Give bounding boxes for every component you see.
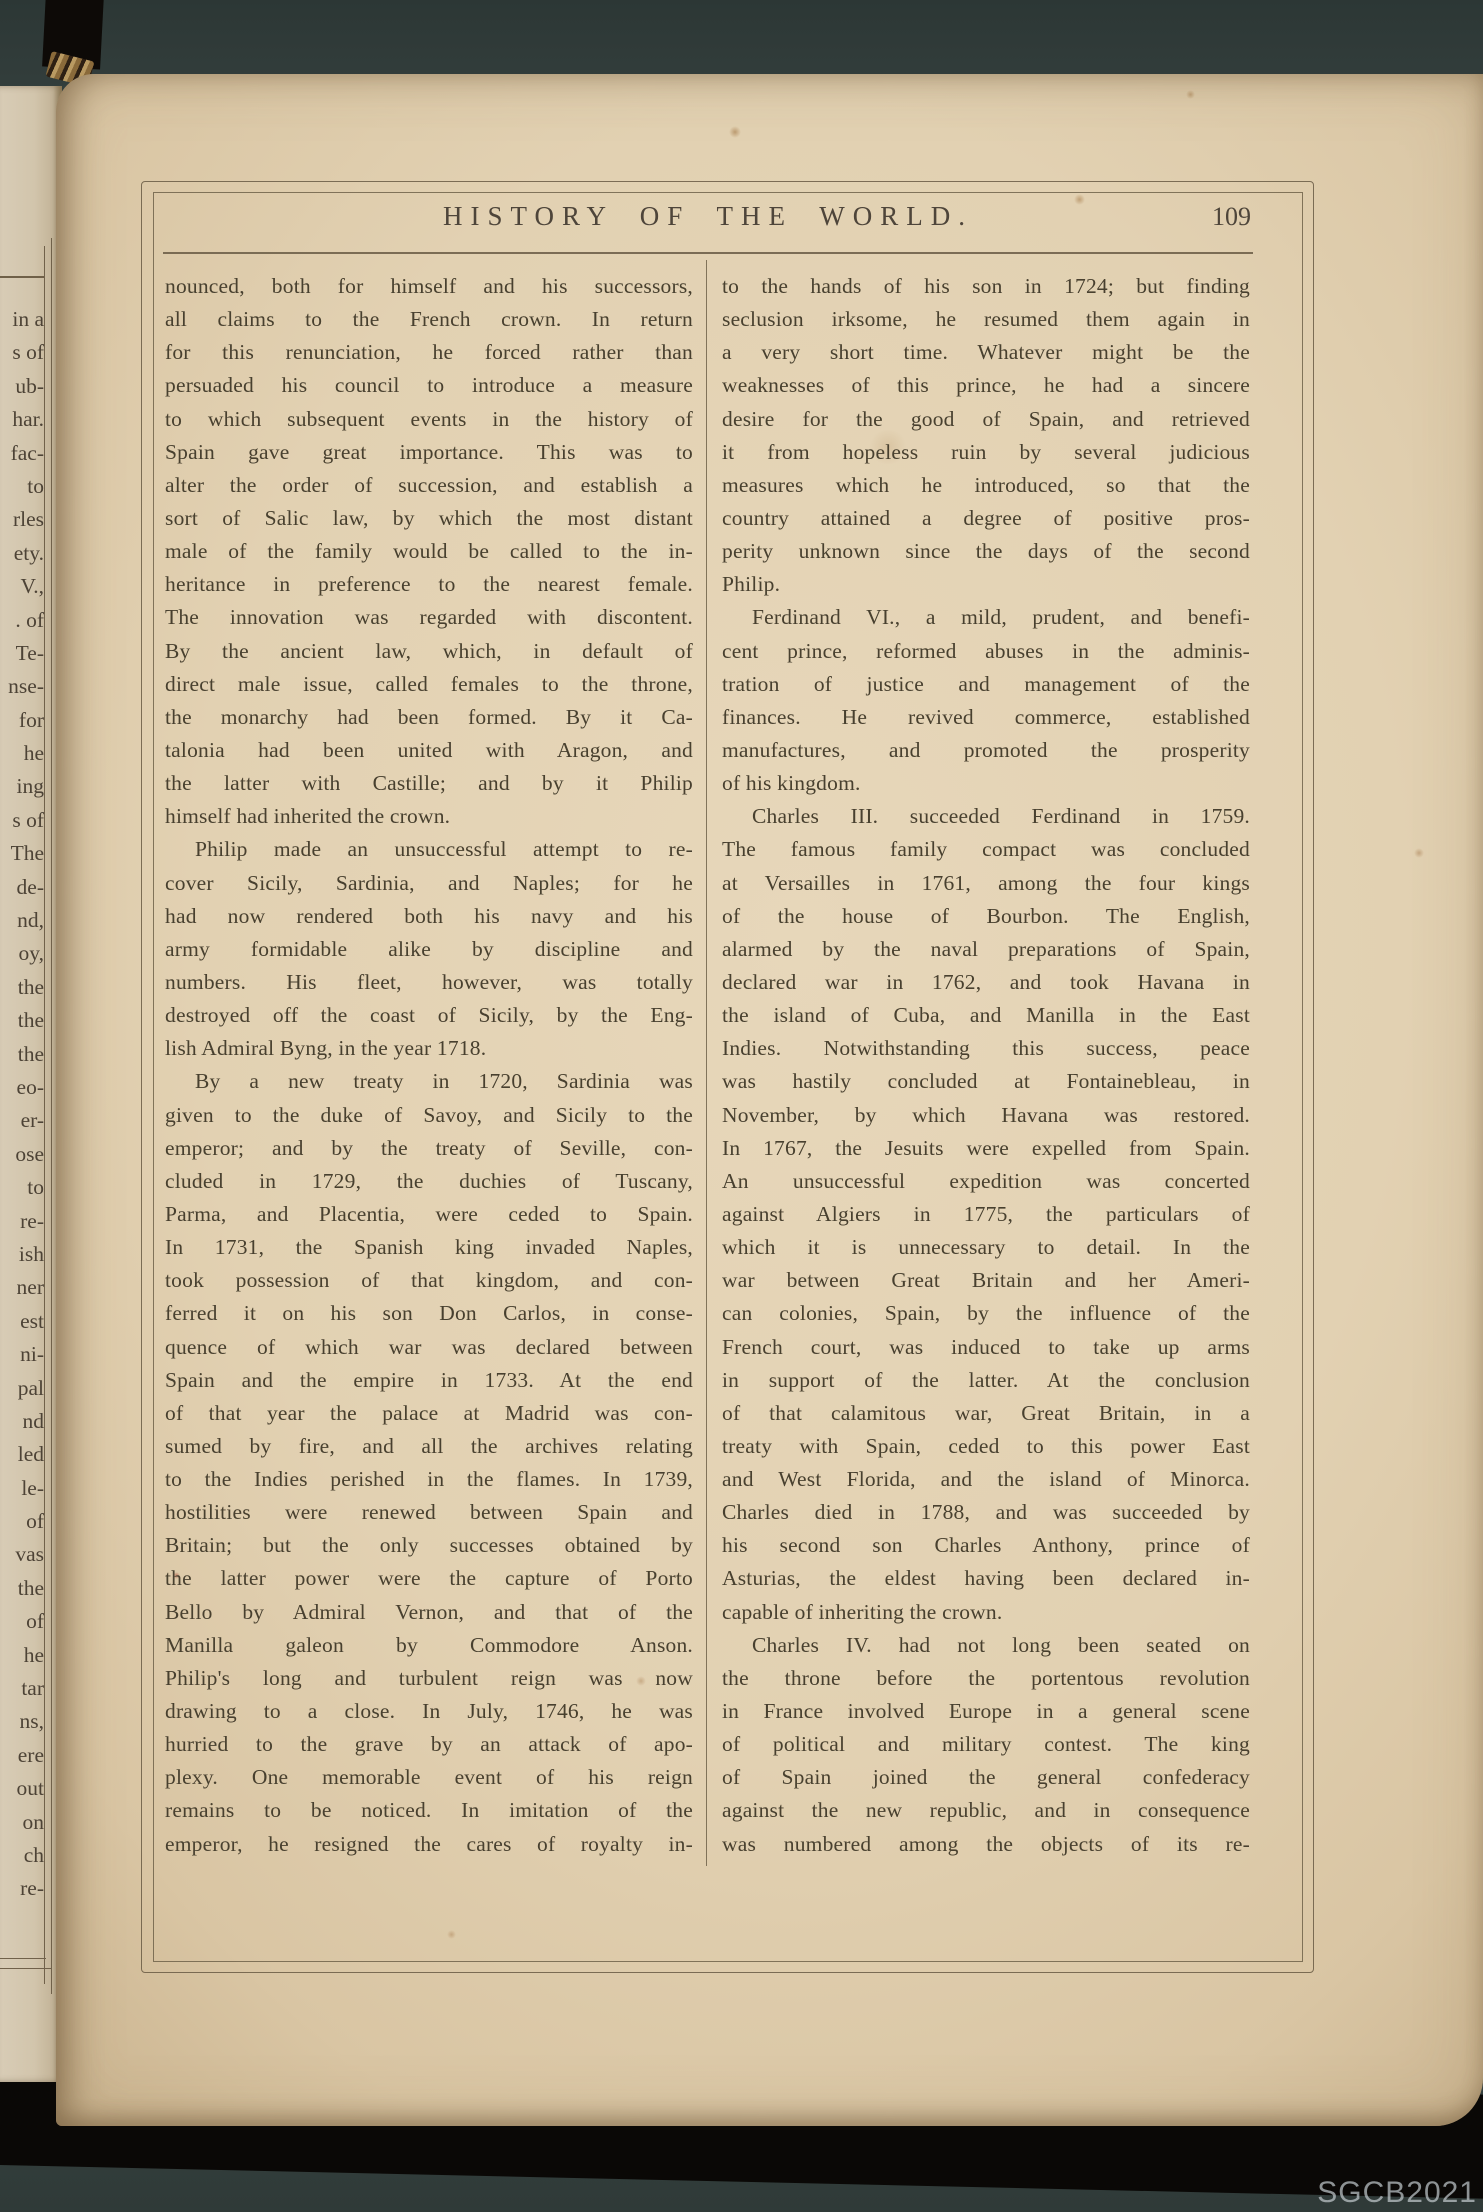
text-line: quence of which war was declared between	[165, 1331, 693, 1364]
text-line: to which subsequent events in the histor…	[165, 403, 693, 436]
text-line: war between Great Britain and her Ameri-	[722, 1264, 1250, 1297]
text-line: The innovation was regarded with discont…	[165, 601, 693, 634]
text-line: Spain gave great importance. This was to	[165, 436, 693, 469]
text-line: of political and military contest. The k…	[722, 1728, 1250, 1761]
text-line: the island of Cuba, and Manilla in the E…	[722, 999, 1250, 1032]
text-line: By a new treaty in 1720, Sardinia was	[165, 1065, 693, 1098]
text-line: Charles died in 1788, and was succeeded …	[722, 1496, 1250, 1529]
header-rule	[163, 252, 1253, 254]
text-line: it from hopeless ruin by several judicio…	[722, 436, 1250, 469]
text-line: treaty with Spain, ceded to this power E…	[722, 1430, 1250, 1463]
text-line: tration of justice and management of the	[722, 668, 1250, 701]
text-line: emperor, he resigned the cares of royalt…	[165, 1828, 693, 1861]
foxing-spot	[1414, 848, 1424, 858]
left-column: nounced, both for himself and his succes…	[165, 270, 693, 1861]
text-line: November, by which Havana was restored.	[722, 1099, 1250, 1132]
text-line: Charles III. succeeded Ferdinand in 1759…	[722, 800, 1250, 833]
column-divider	[706, 260, 707, 1866]
text-line: Ferdinand VI., a mild, prudent, and bene…	[722, 601, 1250, 634]
text-line: the throne before the portentous revolut…	[722, 1662, 1250, 1695]
text-line: the latter with Castille; and by it Phil…	[165, 767, 693, 800]
text-line: persuaded his council to introduce a mea…	[165, 369, 693, 402]
text-line: cluded in 1729, the duchies of Tuscany,	[165, 1165, 693, 1198]
text-line: took possession of that kingdom, and con…	[165, 1264, 693, 1297]
text-line: Charles IV. had not long been seated on	[722, 1629, 1250, 1662]
text-line: the monarchy had been formed. By it Ca-	[165, 701, 693, 734]
text-line: in France involved Europe in a general s…	[722, 1695, 1250, 1728]
text-line: heritance in preference to the nearest f…	[165, 568, 693, 601]
text-line: which it is unnecessary to detail. In th…	[722, 1231, 1250, 1264]
text-line: By the ancient law, which, in default of	[165, 635, 693, 668]
text-line: at Versailles in 1761, among the four ki…	[722, 867, 1250, 900]
text-line: against the new republic, and in consequ…	[722, 1794, 1250, 1827]
text-line: ferred it on his son Don Carlos, in cons…	[165, 1297, 693, 1330]
text-line: was hastily concluded at Fontainebleau, …	[722, 1065, 1250, 1098]
text-line: was numbered among the objects of its re…	[722, 1828, 1250, 1861]
text-line: hurried to the grave by an attack of apo…	[165, 1728, 693, 1761]
text-line: capable of inheriting the crown.	[722, 1596, 1250, 1629]
text-line: cent prince, reformed abuses in the admi…	[722, 635, 1250, 668]
page-number: 109	[1212, 202, 1251, 232]
text-line: Parma, and Placentia, were ceded to Spai…	[165, 1198, 693, 1231]
text-line: the latter power were the capture of Por…	[165, 1562, 693, 1595]
text-line: plexy. One memorable event of his reign	[165, 1761, 693, 1794]
text-line: manufactures, and promoted the prosperit…	[722, 734, 1250, 767]
text-line: Philip's long and turbulent reign was no…	[165, 1662, 693, 1695]
text-line: Bello by Admiral Vernon, and that of the	[165, 1596, 693, 1629]
text-line: nounced, both for himself and his succes…	[165, 270, 693, 303]
text-line: Philip.	[722, 568, 1250, 601]
right-column: to the hands of his son in 1724; but fin…	[722, 270, 1250, 1861]
text-line: Spain and the empire in 1733. At the end	[165, 1364, 693, 1397]
text-line: hostilities were renewed between Spain a…	[165, 1496, 693, 1529]
text-line: sort of Salic law, by which the most dis…	[165, 502, 693, 535]
text-line: had now rendered both his navy and his	[165, 900, 693, 933]
text-line: alarmed by the naval preparations of Spa…	[722, 933, 1250, 966]
text-line: remains to be noticed. In imitation of t…	[165, 1794, 693, 1827]
watermark: SGCB2021	[1317, 2176, 1477, 2210]
text-line: drawing to a close. In July, 1746, he wa…	[165, 1695, 693, 1728]
text-line: In 1767, the Jesuits were expelled from …	[722, 1132, 1250, 1165]
text-line: Asturias, the eldest having been declare…	[722, 1562, 1250, 1595]
text-line: male of the family would be called to th…	[165, 535, 693, 568]
text-line: measures which he introduced, so that th…	[722, 469, 1250, 502]
text-line: numbers. His fleet, however, was totally	[165, 966, 693, 999]
text-line: against Algiers in 1775, the particulars…	[722, 1198, 1250, 1231]
text-line: direct male issue, called females to the…	[165, 668, 693, 701]
text-line: and West Florida, and the island of Mino…	[722, 1463, 1250, 1496]
text-line: talonia had been united with Aragon, and	[165, 734, 693, 767]
page-header: HISTORY OF THE WORLD. 109	[163, 201, 1253, 241]
text-line: An unsuccessful expedition was concerted	[722, 1165, 1250, 1198]
text-line: weaknesses of this prince, he had a sinc…	[722, 369, 1250, 402]
text-line: sumed by fire, and all the archives rela…	[165, 1430, 693, 1463]
text-line: desire for the good of Spain, and retrie…	[722, 403, 1250, 436]
text-line: lish Admiral Byng, in the year 1718.	[165, 1032, 693, 1065]
text-line: himself had inherited the crown.	[165, 800, 693, 833]
text-line: can colonies, Spain, by the influence of…	[722, 1297, 1250, 1330]
text-line: seclusion irksome, he resumed them again…	[722, 303, 1250, 336]
text-line: perity unknown since the days of the sec…	[722, 535, 1250, 568]
text-line: a very short time. Whatever might be the	[722, 336, 1250, 369]
foxing-spot	[1186, 90, 1195, 99]
text-line: French court, was induced to take up arm…	[722, 1331, 1250, 1364]
text-line: destroyed off the coast of Sicily, by th…	[165, 999, 693, 1032]
text-line: of the house of Bourbon. The English,	[722, 900, 1250, 933]
text-line: declared war in 1762, and took Havana in	[722, 966, 1250, 999]
text-line: Manilla galeon by Commodore Anson.	[165, 1629, 693, 1662]
text-line: of that calamitous war, Great Britain, i…	[722, 1397, 1250, 1430]
text-line: for this renunciation, he forced rather …	[165, 336, 693, 369]
text-line: emperor; and by the treaty of Seville, c…	[165, 1132, 693, 1165]
text-line: his second son Charles Anthony, prince o…	[722, 1529, 1250, 1562]
foxing-spot	[729, 126, 741, 138]
text-line: country attained a degree of positive pr…	[722, 502, 1250, 535]
text-line: army formidable alike by discipline and	[165, 933, 693, 966]
printed-content: HISTORY OF THE WORLD. 109 nounced, both …	[0, 0, 1483, 2212]
text-line: given to the duke of Savoy, and Sicily t…	[165, 1099, 693, 1132]
text-line: cover Sicily, Sardinia, and Naples; for …	[165, 867, 693, 900]
text-line: in support of the latter. At the conclus…	[722, 1364, 1250, 1397]
text-line: In 1731, the Spanish king invaded Naples…	[165, 1231, 693, 1264]
text-line: to the hands of his son in 1724; but fin…	[722, 270, 1250, 303]
text-line: The famous family compact was concluded	[722, 833, 1250, 866]
text-line: all claims to the French crown. In retur…	[165, 303, 693, 336]
text-line: of that year the palace at Madrid was co…	[165, 1397, 693, 1430]
text-line: alter the order of succession, and estab…	[165, 469, 693, 502]
text-line: of his kingdom.	[722, 767, 1250, 800]
text-line: Philip made an unsuccessful attempt to r…	[165, 833, 693, 866]
page-title: HISTORY OF THE WORLD.	[163, 201, 1253, 232]
text-line: of Spain joined the general confederacy	[722, 1761, 1250, 1794]
text-line: finances. He revived commerce, establish…	[722, 701, 1250, 734]
text-line: to the Indies perished in the flames. In…	[165, 1463, 693, 1496]
text-line: Britain; but the only successes obtained…	[165, 1529, 693, 1562]
text-line: Indies. Notwithstanding this success, pe…	[722, 1032, 1250, 1065]
